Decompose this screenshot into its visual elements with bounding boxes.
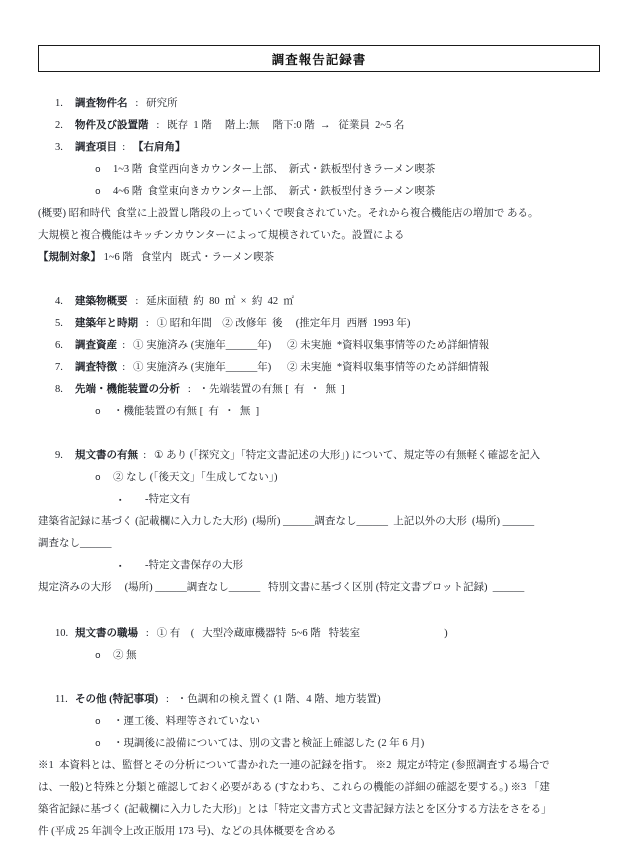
- text-segment: : 研究所: [128, 98, 178, 109]
- text-segment: ※1 本資料とは、監督とその分析について書かれた一連の記録を指す。 ※2 規定が…: [38, 760, 550, 771]
- item-6-survey-assets: 6.調査資産 : ① 実施済み (実施年______年) ② 未実施 *資料収集…: [38, 335, 600, 357]
- document-page: 調査報告記録書 1.調査物件名 : 研究所2.物件及び設置階 : 既存 1 階 …: [0, 0, 637, 842]
- text-segment: -特定文書保存の大形: [145, 560, 243, 571]
- circle-bullet-icon: o: [95, 645, 101, 667]
- item-number: 4.: [55, 291, 63, 313]
- text-segment: : ・先端装置の有無 [ 有 ・ 無 ]: [180, 384, 345, 395]
- regulation-target-line: 【規制対象】 1~6 階 食堂内 既式・ラーメン喫茶: [38, 247, 600, 269]
- item-number: 5.: [55, 313, 63, 335]
- text-segment: : 既存 1 階 階上:無 階下:0 階 → 従業員 2~5 名: [149, 120, 405, 131]
- item-number: 10.: [55, 623, 68, 645]
- item-number: 6.: [55, 335, 63, 357]
- text-segment: 調査物件名: [75, 98, 128, 109]
- text-segment: : ・色調和の検え置く (1 階、4 階、地方装置): [158, 694, 381, 705]
- item-number: 8.: [55, 379, 63, 401]
- square-bullet-icon: ▪: [119, 489, 121, 511]
- regulated-large-form-line: 規定済みの大形 (場所) ______調査なし______ 特別文書に基づく区別…: [38, 577, 600, 599]
- sub-item-none-option: o② なし (「後天文」「生成してない」): [38, 467, 600, 489]
- circle-bullet-icon: o: [95, 401, 101, 423]
- footnote-line-2: は、一般)と特殊と分類と確認しておく必要がある (すなわち、これらの機能の詳細の…: [38, 777, 600, 799]
- item-7-survey-features: 7.調査特徴 : ① 実施済み (実施年______年) ② 未実施 *資料収集…: [38, 357, 600, 379]
- text-segment: ・機能装置の有無 [ 有 ・ 無 ]: [113, 406, 259, 417]
- item-3-survey-subject: 3.調査項目 : 【右肩角】: [38, 137, 600, 159]
- text-segment: 件 (平成 25 年訓令上改正版用 173 号)、などの具体概要を含める: [38, 826, 336, 837]
- sub-item-function-device: o・機能装置の有無 [ 有 ・ 無 ]: [38, 401, 600, 423]
- text-segment: 調査なし______: [38, 538, 112, 549]
- circle-bullet-icon: o: [95, 711, 101, 733]
- circle-bullet-icon: o: [95, 181, 101, 203]
- text-segment: 1~3 階 食堂西向きカウンター上部、 新式・鉄板型付きラーメン喫茶: [113, 164, 435, 175]
- footnote-line-1: ※1 本資料とは、監督とその分析について書かれた一連の記録を指す。 ※2 規定が…: [38, 755, 600, 777]
- text-segment: 規定済みの大形 (場所) ______調査なし______ 特別文書に基づく区別…: [38, 582, 524, 593]
- text-segment: その他 (特記事項): [75, 694, 158, 705]
- item-11-other-remarks: 11.その他 (特記事項) : ・色調和の検え置く (1 階、4 階、地方装置): [38, 689, 600, 711]
- text-segment: 建築省記録に基づく (記載欄に入力した大形) (場所) ______調査なし__…: [38, 516, 534, 527]
- text-segment: (概要) 昭和時代 食堂に上設置し階段の上っていくで喫食されていた。それから複合…: [38, 208, 539, 219]
- text-segment: -特定文有: [145, 494, 191, 505]
- title-box: 調査報告記録書: [38, 45, 600, 72]
- text-segment: : ① 有 ( 大型冷蔵庫機器特 5~6 階 特装室 ): [138, 628, 448, 639]
- item-number: 3.: [55, 137, 63, 159]
- sub-item-no-option: o② 無: [38, 645, 600, 667]
- text-segment: : 延床面積 約 80 ㎡ × 約 42 ㎡: [128, 296, 294, 307]
- overview-paragraph-line-1: (概要) 昭和時代 食堂に上設置し階段の上っていくで喫食されていた。それから複合…: [38, 203, 600, 225]
- text-segment: 調査特徴: [75, 362, 117, 373]
- text-segment: ・現調後に設備については、別の文書と検証上確認した (2 年 6 月): [113, 738, 424, 749]
- circle-bullet-icon: o: [95, 733, 101, 755]
- text-segment: 築省記録に基づく (記載欄に入力した大形)」とは「特定文書方式と文書記録方法とを…: [38, 804, 552, 815]
- text-segment: 大規模と複合機能はキッチンカウンターによって規模されていた。設置による: [38, 230, 404, 241]
- text-segment: 【右肩角】: [133, 142, 186, 153]
- document-title: 調査報告記録書: [272, 50, 367, 68]
- item-8-device-analysis: 8.先端・機能装置の分析 : ・先端装置の有無 [ 有 ・ 無 ]: [38, 379, 600, 401]
- ministry-record-line-1: 建築省記録に基づく (記載欄に入力した大形) (場所) ______調査なし__…: [38, 511, 600, 533]
- text-segment: 建築物概要: [75, 296, 128, 307]
- item-2-property-and-floor: 2.物件及び設置階 : 既存 1 階 階上:無 階下:0 階 → 従業員 2~5…: [38, 115, 600, 137]
- item-number: 7.: [55, 357, 63, 379]
- item-9-regulation-doc-existence: 9.規文書の有無 : ① あり (「探究文」「特定文書記述の大形」) について、…: [38, 445, 600, 467]
- text-segment: : ① 実施済み (実施年______年) ② 未実施 *資料収集事情等のため詳…: [117, 362, 489, 373]
- text-segment: : ① 実施済み (実施年______年) ② 未実施 *資料収集事情等のため詳…: [117, 340, 489, 351]
- text-segment: 規文書の有無: [75, 450, 138, 461]
- item-1-survey-property-name: 1.調査物件名 : 研究所: [38, 93, 600, 115]
- sub-item-floors-1-3: o1~3 階 食堂西向きカウンター上部、 新式・鉄板型付きラーメン喫茶: [38, 159, 600, 181]
- text-segment: 規文書の職場: [75, 628, 138, 639]
- item-4-building-outline: 4.建築物概要 : 延床面積 約 80 ㎡ × 約 42 ㎡: [38, 291, 600, 313]
- line-26: [38, 667, 600, 689]
- text-segment: : ① あり (「探究文」「特定文書記述の大形」) について、規定等の有無軽く確…: [138, 450, 540, 461]
- text-segment: 4~6 階 食堂東向きカウンター上部、 新式・鉄板型付きラーメン喫茶: [113, 186, 435, 197]
- sub-item-after-inspection: o・現調後に設備については、別の文書と検証上確認した (2 年 6 月): [38, 733, 600, 755]
- item-10-regulation-doc-workplace: 10.規文書の職場 : ① 有 ( 大型冷蔵庫機器特 5~6 階 特装室 ): [38, 623, 600, 645]
- text-segment: ② 無: [113, 650, 137, 661]
- text-segment: 調査資産: [75, 340, 117, 351]
- text-segment: 調査項目: [75, 142, 117, 153]
- text-segment: : ① 昭和年間 ② 改修年 後 (推定年月 西暦 1993 年): [138, 318, 410, 329]
- text-segment: 先端・機能装置の分析: [75, 384, 180, 395]
- overview-paragraph-line-2: 大規模と複合機能はキッチンカウンターによって規模されていた。設置による: [38, 225, 600, 247]
- circle-bullet-icon: o: [95, 467, 101, 489]
- item-5-construction-year: 5.建築年と時期 : ① 昭和年間 ② 改修年 後 (推定年月 西暦 1993 …: [38, 313, 600, 335]
- item-number: 1.: [55, 93, 63, 115]
- ministry-record-line-2: 調査なし______: [38, 533, 600, 555]
- line-15: [38, 423, 600, 445]
- sub-item-after-operation: o・運工後、料理等されていない: [38, 711, 600, 733]
- square-bullet-icon: ▪: [119, 555, 121, 577]
- text-segment: 物件及び設置階: [75, 120, 149, 131]
- text-segment: 1~6 階 食堂内 既式・ラーメン喫茶: [101, 252, 274, 263]
- document-body: 1.調査物件名 : 研究所2.物件及び設置階 : 既存 1 階 階上:無 階下:…: [38, 93, 600, 842]
- sub-item-specified-doc: ▪-特定文有: [38, 489, 600, 511]
- line-23: [38, 599, 600, 623]
- footnote-line-3: 築省記録に基づく (記載欄に入力した大形)」とは「特定文書方式と文書記録方法とを…: [38, 799, 600, 821]
- sub-item-floors-4-6: o4~6 階 食堂東向きカウンター上部、 新式・鉄板型付きラーメン喫茶: [38, 181, 600, 203]
- circle-bullet-icon: o: [95, 159, 101, 181]
- text-segment: ② なし (「後天文」「生成してない」): [113, 472, 278, 483]
- item-number: 9.: [55, 445, 63, 467]
- line-8: [38, 269, 600, 291]
- text-segment: ・運工後、料理等されていない: [113, 716, 260, 727]
- item-number: 2.: [55, 115, 63, 137]
- text-segment: 建築年と時期: [75, 318, 138, 329]
- item-number: 11.: [55, 689, 68, 711]
- text-segment: は、一般)と特殊と分類と確認しておく必要がある (すなわち、これらの機能の詳細の…: [38, 782, 550, 793]
- sub-item-specified-doc-storage: ▪-特定文書保存の大形: [38, 555, 600, 577]
- text-segment: :: [117, 142, 133, 153]
- text-segment: 【規制対象】: [38, 252, 101, 263]
- footnote-line-4: 件 (平成 25 年訓令上改正版用 173 号)、などの具体概要を含める: [38, 821, 600, 842]
